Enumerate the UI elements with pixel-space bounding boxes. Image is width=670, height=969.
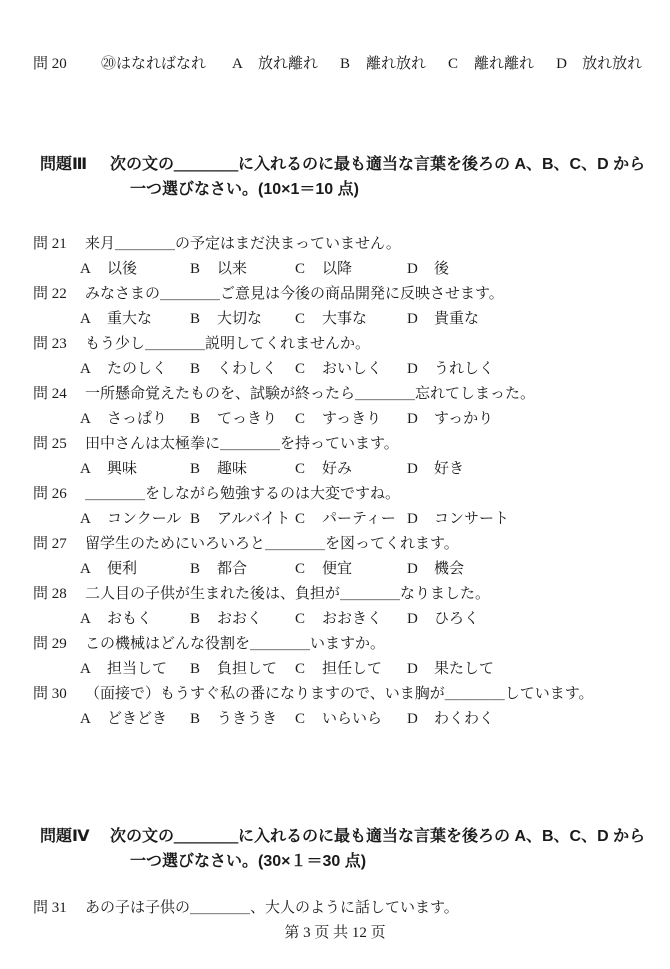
option-d: Dすっかり (407, 407, 670, 432)
option-key: D (407, 457, 434, 482)
option-text: 果たして (434, 661, 494, 677)
option-text: 離れ離れ (474, 56, 534, 72)
option-key: C (295, 257, 322, 282)
option-key: A (80, 457, 107, 482)
option-b: Bおおく (190, 607, 295, 632)
section-label: 問題Ⅲ (40, 152, 94, 202)
option-a: Aさっぱり (80, 407, 190, 432)
option-b: B以来 (190, 257, 295, 282)
question-number: 問 31 (33, 896, 85, 921)
option-key: B (190, 307, 217, 332)
option-key: D (407, 657, 434, 682)
option-c: Cパーティー (295, 507, 407, 532)
option-key: D (407, 307, 434, 332)
instruction-line-1: 次の文の＿＿＿＿に入れるのに最も適当な言葉を後ろの A、B、C、D から (110, 152, 645, 177)
option-d: D果たして (407, 657, 670, 682)
option-text: うれしく (434, 361, 494, 377)
option-text: アルバイト (217, 511, 290, 527)
question-stem: この機械はどんな役割を＿＿＿＿いますか。 (85, 636, 385, 652)
option-key: A (80, 307, 107, 332)
option-key: B (190, 507, 217, 532)
option-key: A (80, 257, 107, 282)
question-number: 問 28 (33, 582, 85, 607)
option-text: 負担して (217, 661, 277, 677)
option-key: C (295, 657, 322, 682)
option-key: A (80, 357, 107, 382)
option-b: Bうきうき (190, 707, 295, 732)
option-d: Dコンサート (407, 507, 670, 532)
question-number: 問 23 (33, 332, 85, 357)
option-text: どきどき (107, 711, 167, 727)
option-text: 大切な (217, 311, 262, 327)
option-c: C担任して (295, 657, 407, 682)
option-key: B (190, 557, 217, 582)
question-options: A以後 B以来 C以降 D後 (0, 257, 670, 282)
question-stem: （面接で）もうすぐ私の番になりますので、いま胸が＿＿＿＿しています。 (85, 686, 594, 702)
section-instructions: 次の文の＿＿＿＿に入れるのに最も適当な言葉を後ろの A、B、C、D から 一つ選… (110, 824, 645, 874)
option-text: 便宜 (322, 561, 352, 577)
option-text: 後 (434, 261, 449, 277)
option-text: 貴重な (434, 311, 479, 327)
option-c: C大事な (295, 307, 407, 332)
question-number: 問 30 (33, 682, 85, 707)
option-a: A興味 (80, 457, 190, 482)
option-text: 以後 (107, 261, 137, 277)
question-number: 問 25 (33, 432, 85, 457)
section-4-header: 問題Ⅳ 次の文の＿＿＿＿に入れるのに最も適当な言葉を後ろの A、B、C、D から… (0, 824, 670, 874)
option-b: B大切な (190, 307, 295, 332)
option-a: A放れ離れ (232, 52, 318, 77)
question-stem: もう少し＿＿＿＿説明してくれませんか。 (85, 336, 370, 352)
question-number: 問 26 (33, 482, 85, 507)
option-text: 好み (322, 461, 352, 477)
option-text: 以降 (322, 261, 352, 277)
question-options: Aおもく Bおおく Cおおきく Dひろく (0, 607, 670, 632)
instruction-line-2: 一つ選びなさい。(30×１＝30 点) (130, 849, 645, 874)
option-key: D (407, 707, 434, 732)
option-d: D好き (407, 457, 670, 482)
option-a: Aおもく (80, 607, 190, 632)
option-text: 離れ放れ (366, 56, 426, 72)
option-d: D放れ放れ (556, 52, 642, 77)
question-23: 問 23もう少し＿＿＿＿説明してくれませんか。 Aたのしく Bくわしく Cおいし… (0, 332, 670, 382)
option-text: いらいら (322, 711, 382, 727)
question-stem: あの子は子供の＿＿＿＿、大人のように話しています。 (85, 900, 459, 916)
option-c: C便宜 (295, 557, 407, 582)
option-a: A以後 (80, 257, 190, 282)
question-28: 問 28二人目の子供が生まれた後は、負担が＿＿＿＿なりました。 Aおもく Bおお… (0, 582, 670, 632)
option-text: 機会 (434, 561, 464, 577)
option-d: Dひろく (407, 607, 670, 632)
question-21: 問 21来月＿＿＿＿の予定はまだ決まっていません。 A以後 B以来 C以降 D後 (0, 232, 670, 282)
option-text: さっぱり (107, 411, 167, 427)
section-instructions: 次の文の＿＿＿＿に入れるのに最も適当な言葉を後ろの A、B、C、D から 一つ選… (110, 152, 645, 202)
question-stem: 留学生のためにいろいろと＿＿＿＿を図ってくれます。 (85, 536, 459, 552)
question-options: Aたのしく Bくわしく Cおいしく Dうれしく (0, 357, 670, 382)
option-text: たのしく (107, 361, 167, 377)
option-d: D貴重な (407, 307, 670, 332)
question-stem: ⑳はなればなれ (101, 52, 206, 77)
section-3-header: 問題Ⅲ 次の文の＿＿＿＿に入れるのに最も適当な言葉を後ろの A、B、C、D から… (0, 152, 670, 202)
option-b: B負担して (190, 657, 295, 682)
question-options: Aコンクール Bアルバイト Cパーティー Dコンサート (0, 507, 670, 532)
option-text: 趣味 (217, 461, 247, 477)
option-text: わくわく (434, 711, 494, 727)
option-key: B (340, 52, 366, 77)
question-stem: 二人目の子供が生まれた後は、負担が＿＿＿＿なりました。 (85, 586, 490, 602)
option-key: D (407, 357, 434, 382)
option-text: 担任して (322, 661, 382, 677)
option-text: コンクール (107, 511, 181, 527)
option-key: B (190, 407, 217, 432)
option-text: コンサート (434, 511, 509, 527)
option-key: C (295, 457, 322, 482)
question-26: 問 26＿＿＿＿をしながら勉強するのは大変ですね。 Aコンクール Bアルバイト … (0, 482, 670, 532)
question-31: 問 31あの子は子供の＿＿＿＿、大人のように話しています。 (0, 896, 670, 921)
question-stem: みなさまの＿＿＿＿ご意見は今後の商品開発に反映させます。 (85, 286, 504, 302)
exam-page: 問 20 ⑳はなればなれ A放れ離れ B離れ放れ C離れ離れ D放れ放れ 問題Ⅲ… (0, 0, 670, 969)
option-key: D (407, 607, 434, 632)
option-c: C以降 (295, 257, 407, 282)
question-24: 問 24一所懸命覚えたものを、試験が終ったら＿＿＿＿忘れてしまった。 Aさっぱり… (0, 382, 670, 432)
option-text: ひろく (434, 611, 479, 627)
option-a: Aたのしく (80, 357, 190, 382)
option-text: くわしく (217, 361, 277, 377)
option-text: すっきり (322, 411, 381, 427)
option-key: B (190, 657, 217, 682)
option-text: 大事な (322, 311, 367, 327)
option-key: A (232, 52, 258, 77)
option-key: B (190, 607, 217, 632)
option-key: D (556, 52, 582, 77)
option-text: 放れ離れ (258, 56, 318, 72)
option-a: A便利 (80, 557, 190, 582)
option-c: Cおおきく (295, 607, 407, 632)
option-a: Aコンクール (80, 507, 190, 532)
option-key: C (295, 557, 322, 582)
question-number: 問 24 (33, 382, 85, 407)
option-text: おいしく (322, 361, 382, 377)
option-key: B (190, 357, 217, 382)
option-key: B (190, 707, 217, 732)
option-c: C離れ離れ (448, 52, 534, 77)
question-options: A興味 B趣味 C好み D好き (0, 457, 670, 482)
section-label: 問題Ⅳ (40, 824, 94, 874)
question-30: 問 30（面接で）もうすぐ私の番になりますので、いま胸が＿＿＿＿しています。 A… (0, 682, 670, 732)
option-text: 担当して (107, 661, 167, 677)
question-25: 問 25田中さんは太極拳に＿＿＿＿を持っています。 A興味 B趣味 C好み D好… (0, 432, 670, 482)
option-text: 重大な (107, 311, 152, 327)
option-c: Cおいしく (295, 357, 407, 382)
option-c: Cすっきり (295, 407, 407, 432)
option-b: B趣味 (190, 457, 295, 482)
question-number: 問 29 (33, 632, 85, 657)
option-key: D (407, 557, 434, 582)
option-key: C (448, 52, 474, 77)
option-key: C (295, 507, 322, 532)
question-20: 問 20 ⑳はなればなれ A放れ離れ B離れ放れ C離れ離れ D放れ放れ (0, 52, 670, 77)
page-indicator: 第 3 页 共 12 页 (284, 925, 385, 941)
option-text: おおく (217, 611, 262, 627)
option-key: C (295, 607, 322, 632)
question-22: 問 22みなさまの＿＿＿＿ご意見は今後の商品開発に反映させます。 A重大な B大… (0, 282, 670, 332)
option-d: Dうれしく (407, 357, 670, 382)
question-stem: 田中さんは太極拳に＿＿＿＿を持っています。 (85, 436, 399, 452)
page-footer: 第 3 页 共 12 页 (0, 921, 670, 946)
option-a: Aどきどき (80, 707, 190, 732)
option-key: C (295, 407, 322, 432)
option-key: A (80, 607, 107, 632)
question-stem: 一所懸命覚えたものを、試験が終ったら＿＿＿＿忘れてしまった。 (85, 386, 535, 402)
option-key: A (80, 407, 107, 432)
option-b: B都合 (190, 557, 295, 582)
option-b: Bくわしく (190, 357, 295, 382)
option-text: 便利 (107, 561, 137, 577)
option-key: C (295, 357, 322, 382)
question-options: A担当して B負担して C担任して D果たして (0, 657, 670, 682)
option-key: A (80, 557, 107, 582)
option-text: うきうき (217, 711, 277, 727)
option-key: D (407, 257, 434, 282)
option-key: C (295, 307, 322, 332)
option-text: 好き (434, 461, 464, 477)
question-options: Aどきどき Bうきうき Cいらいら Dわくわく (0, 707, 670, 732)
question-options: Aさっぱり Bてっきり Cすっきり Dすっかり (0, 407, 670, 432)
option-b: Bアルバイト (190, 507, 295, 532)
question-number: 問 22 (33, 282, 85, 307)
option-key: B (190, 457, 217, 482)
option-b: B離れ放れ (340, 52, 426, 77)
option-a: A重大な (80, 307, 190, 332)
option-text: てっきり (217, 411, 277, 427)
option-text: 放れ放れ (582, 56, 642, 72)
option-d: D機会 (407, 557, 670, 582)
question-stem: 来月＿＿＿＿の予定はまだ決まっていません。 (85, 236, 401, 252)
option-text: おおきく (322, 611, 382, 627)
question-number: 問 21 (33, 232, 85, 257)
option-key: B (190, 257, 217, 282)
option-c: Cいらいら (295, 707, 407, 732)
option-key: A (80, 707, 107, 732)
option-b: Bてっきり (190, 407, 295, 432)
option-key: D (407, 507, 434, 532)
option-a: A担当して (80, 657, 190, 682)
option-key: C (295, 707, 322, 732)
instruction-line-2: 一つ選びなさい。(10×1＝10 点) (130, 177, 645, 202)
section-3-questions: 問 21来月＿＿＿＿の予定はまだ決まっていません。 A以後 B以来 C以降 D後… (0, 232, 670, 732)
question-29: 問 29この機械はどんな役割を＿＿＿＿いますか。 A担当して B負担して C担任… (0, 632, 670, 682)
option-text: おもく (107, 611, 152, 627)
question-stem: ＿＿＿＿をしながら勉強するのは大変ですね。 (85, 486, 400, 502)
option-key: D (407, 407, 434, 432)
question-options: A便利 B都合 C便宜 D機会 (0, 557, 670, 582)
option-text: すっかり (434, 411, 493, 427)
option-d: D後 (407, 257, 670, 282)
option-d: Dわくわく (407, 707, 670, 732)
option-text: 以来 (217, 261, 247, 277)
instruction-line-1: 次の文の＿＿＿＿に入れるのに最も適当な言葉を後ろの A、B、C、D から (110, 824, 645, 849)
question-options: A重大な B大切な C大事な D貴重な (0, 307, 670, 332)
question-number: 問 20 (33, 52, 85, 77)
option-key: A (80, 657, 107, 682)
option-key: A (80, 507, 107, 532)
option-c: C好み (295, 457, 407, 482)
option-text: パーティー (322, 511, 396, 527)
option-text: 興味 (107, 461, 137, 477)
question-27: 問 27留学生のためにいろいろと＿＿＿＿を図ってくれます。 A便利 B都合 C便… (0, 532, 670, 582)
question-number: 問 27 (33, 532, 85, 557)
option-text: 都合 (217, 561, 247, 577)
